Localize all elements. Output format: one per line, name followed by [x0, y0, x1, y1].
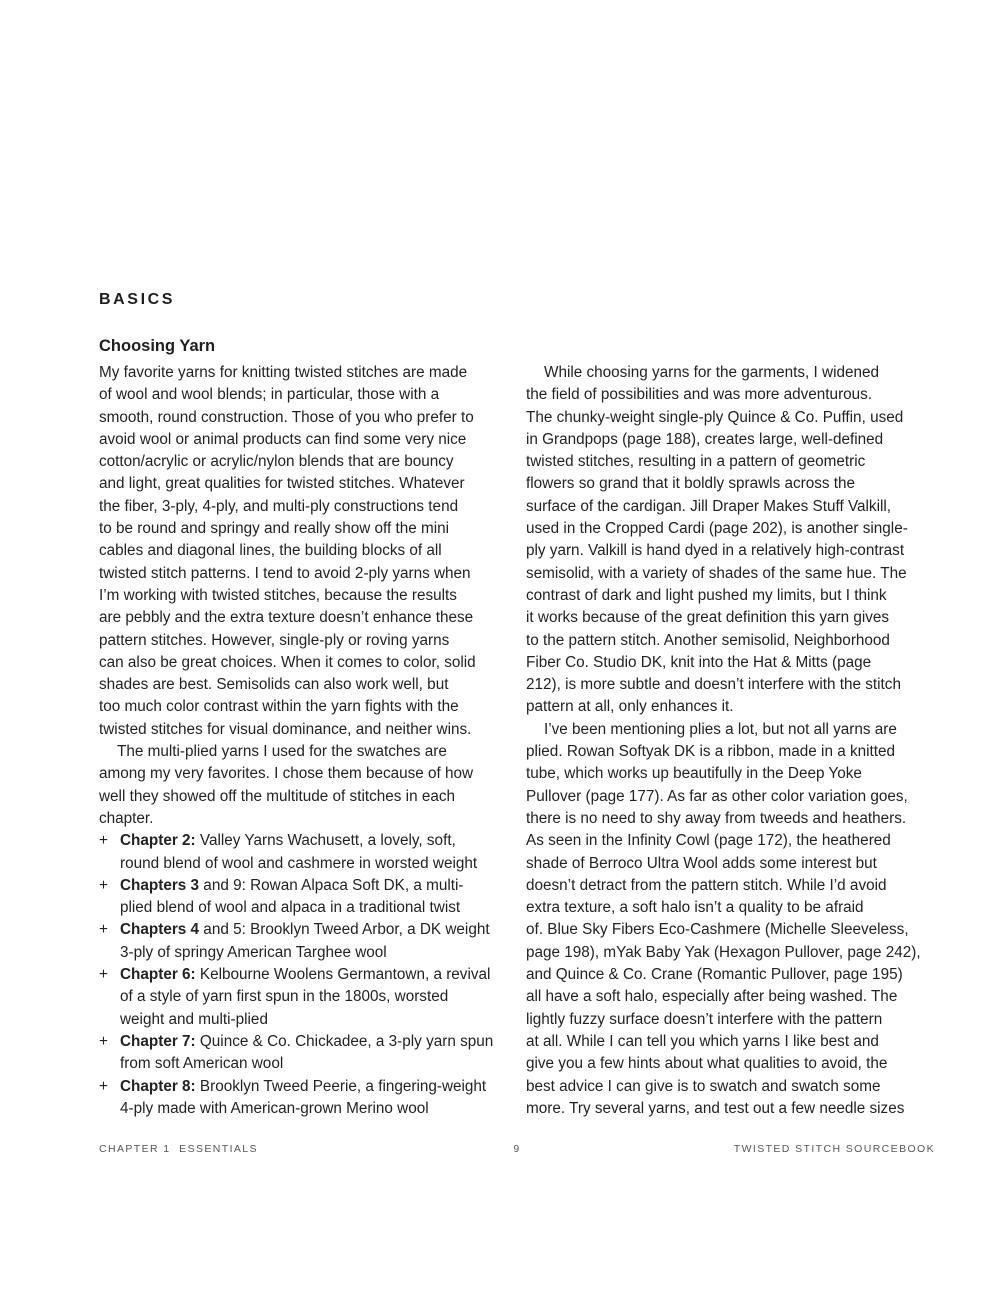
text-line: Fiber Co. Studio DK, knit into the Hat &… — [526, 652, 935, 674]
text-line: flowers so grand that it boldly sprawls … — [526, 473, 935, 495]
text-line: Chapter 6: Kelbourne Woolens Germantown,… — [120, 964, 490, 986]
list-item: +Chapters 4 and 5: Brooklyn Tweed Arbor,… — [99, 919, 508, 964]
text-line: of. Blue Sky Fibers Eco-Cashmere (Michel… — [526, 919, 935, 941]
footer-page-number: 9 — [378, 1143, 657, 1155]
text-line: 4-ply made with American-grown Merino wo… — [120, 1098, 486, 1120]
list-item: +Chapters 3 and 9: Rowan Alpaca Soft DK,… — [99, 875, 508, 920]
bold-text: Chapter 2: — [120, 832, 196, 849]
text-line: can also be great choices. When it comes… — [99, 652, 508, 674]
text-line: it works because of the great definition… — [526, 607, 935, 629]
regular-text: plied blend of wool and alpaca in a trad… — [120, 899, 460, 916]
bullet-text: Chapter 8: Brooklyn Tweed Peerie, a fing… — [120, 1076, 486, 1121]
text-line: While choosing yarns for the garments, I… — [526, 362, 935, 384]
text-line: of wool and wool blends; in particular, … — [99, 384, 508, 406]
footer-book-title: TWISTED STITCH SOURCEBOOK — [656, 1143, 935, 1155]
book-page: BASICS Choosing Yarn My favorite yarns f… — [0, 0, 997, 1290]
regular-text: 4-ply made with American-grown Merino wo… — [120, 1100, 429, 1117]
bullet-marker: + — [99, 1076, 120, 1121]
right-column: While choosing yarns for the garments, I… — [526, 362, 935, 1120]
bullet-text: Chapters 4 and 5: Brooklyn Tweed Arbor, … — [120, 919, 490, 964]
text-line: pattern stitches. However, single-ply or… — [99, 630, 508, 652]
text-line: twisted stitch patterns. I tend to avoid… — [99, 563, 508, 585]
bullet-text: Chapter 6: Kelbourne Woolens Germantown,… — [120, 964, 490, 1031]
text-line: used in the Cropped Cardi (page 202), is… — [526, 518, 935, 540]
subsection-heading: Choosing Yarn — [99, 337, 935, 356]
regular-text: from soft American wool — [120, 1055, 283, 1072]
text-line: Chapters 3 and 9: Rowan Alpaca Soft DK, … — [120, 875, 464, 897]
text-line: to be round and springy and really show … — [99, 518, 508, 540]
regular-text: and 9: Rowan Alpaca Soft DK, a multi- — [199, 877, 463, 894]
regular-text: and 5: Brooklyn Tweed Arbor, a DK weight — [199, 921, 490, 938]
text-line: and Quince & Co. Crane (Romantic Pullove… — [526, 964, 935, 986]
text-line: cotton/acrylic or acrylic/nylon blends t… — [99, 451, 508, 473]
text-line: more. Try several yarns, and test out a … — [526, 1098, 935, 1120]
bullet-text: Chapter 7: Quince & Co. Chickadee, a 3-p… — [120, 1031, 493, 1076]
text-line: Chapters 4 and 5: Brooklyn Tweed Arbor, … — [120, 919, 490, 941]
text-line: among my very favorites. I chose them be… — [99, 763, 508, 785]
text-line: ply yarn. Valkill is hand dyed in a rela… — [526, 540, 935, 562]
list-item: +Chapter 8: Brooklyn Tweed Peerie, a fin… — [99, 1076, 508, 1121]
regular-text: round blend of wool and cashmere in wors… — [120, 855, 477, 872]
text-line: contrast of dark and light pushed my lim… — [526, 585, 935, 607]
text-line: all have a soft halo, especially after b… — [526, 986, 935, 1008]
text-line: I’m working with twisted stitches, becau… — [99, 585, 508, 607]
text-line: of a style of yarn first spun in the 180… — [120, 986, 490, 1008]
text-line: Chapter 8: Brooklyn Tweed Peerie, a fing… — [120, 1076, 486, 1098]
text-line: round blend of wool and cashmere in wors… — [120, 853, 477, 875]
two-column-layout: My favorite yarns for knitting twisted s… — [99, 362, 935, 1120]
text-line: Chapter 7: Quince & Co. Chickadee, a 3-p… — [120, 1031, 493, 1053]
regular-text: of a style of yarn first spun in the 180… — [120, 988, 448, 1005]
text-line: As seen in the Infinity Cowl (page 172),… — [526, 830, 935, 852]
text-line: Chapter 2: Valley Yarns Wachusett, a lov… — [120, 830, 477, 852]
bullet-text: Chapters 3 and 9: Rowan Alpaca Soft DK, … — [120, 875, 464, 920]
text-line: in Grandpops (page 188), creates large, … — [526, 429, 935, 451]
regular-text: Quince & Co. Chickadee, a 3-ply yarn spu… — [196, 1033, 494, 1050]
text-line: are pebbly and the extra texture doesn’t… — [99, 607, 508, 629]
bold-text: Chapter 6: — [120, 966, 196, 983]
bold-text: Chapter 8: — [120, 1078, 196, 1095]
paragraph: While choosing yarns for the garments, I… — [526, 362, 935, 719]
text-line: pattern at all, only enhances it. — [526, 696, 935, 718]
text-line: The multi-plied yarns I used for the swa… — [99, 741, 508, 763]
text-line: the fiber, 3-ply, 4-ply, and multi-ply c… — [99, 496, 508, 518]
list-item: +Chapter 2: Valley Yarns Wachusett, a lo… — [99, 830, 508, 875]
page-content: BASICS Choosing Yarn My favorite yarns f… — [99, 291, 935, 1120]
bullet-marker: + — [99, 1031, 120, 1076]
text-line: weight and multi-plied — [120, 1009, 490, 1031]
regular-text: Brooklyn Tweed Peerie, a fingering-weigh… — [196, 1078, 487, 1095]
bold-text: Chapters 4 — [120, 921, 199, 938]
text-line: well they showed off the multitude of st… — [99, 786, 508, 808]
text-line: The chunky-weight single-ply Quince & Co… — [526, 407, 935, 429]
text-line: best advice I can give is to swatch and … — [526, 1076, 935, 1098]
paragraph: My favorite yarns for knitting twisted s… — [99, 362, 508, 741]
footer-chapter-label: CHAPTER 1 ESSENTIALS — [99, 1143, 378, 1155]
text-line: the field of possibilities and was more … — [526, 384, 935, 406]
bullet-text: Chapter 2: Valley Yarns Wachusett, a lov… — [120, 830, 477, 875]
text-line: too much color contrast within the yarn … — [99, 696, 508, 718]
text-line: surface of the cardigan. Jill Draper Mak… — [526, 496, 935, 518]
text-line: 3-ply of springy American Targhee wool — [120, 942, 490, 964]
bold-text: Chapters 3 — [120, 877, 199, 894]
text-line: plied blend of wool and alpaca in a trad… — [120, 897, 464, 919]
bullet-marker: + — [99, 919, 120, 964]
text-line: and light, great qualities for twisted s… — [99, 473, 508, 495]
text-line: at all. While I can tell you which yarns… — [526, 1031, 935, 1053]
text-line: twisted stitches, resulting in a pattern… — [526, 451, 935, 473]
paragraph: The multi-plied yarns I used for the swa… — [99, 741, 508, 830]
text-line: from soft American wool — [120, 1053, 493, 1075]
text-line: there is no need to shy away from tweeds… — [526, 808, 935, 830]
text-line: shade of Berroco Ultra Wool adds some in… — [526, 853, 935, 875]
text-line: chapter. — [99, 808, 508, 830]
text-line: plied. Rowan Softyak DK is a ribbon, mad… — [526, 741, 935, 763]
section-heading: BASICS — [99, 291, 935, 309]
text-line: 212), is more subtle and doesn’t interfe… — [526, 674, 935, 696]
text-line: shades are best. Semisolids can also wor… — [99, 674, 508, 696]
text-line: doesn’t detract from the pattern stitch.… — [526, 875, 935, 897]
text-line: Pullover (page 177). As far as other col… — [526, 786, 935, 808]
regular-text: 3-ply of springy American Targhee wool — [120, 944, 387, 961]
regular-text: Kelbourne Woolens Germantown, a revival — [196, 966, 491, 983]
regular-text: Valley Yarns Wachusett, a lovely, soft, — [196, 832, 456, 849]
bullet-marker: + — [99, 830, 120, 875]
text-line: lightly fuzzy surface doesn’t interfere … — [526, 1009, 935, 1031]
page-footer: CHAPTER 1 ESSENTIALS 9 TWISTED STITCH SO… — [99, 1143, 935, 1155]
text-line: page 198), mYak Baby Yak (Hexagon Pullov… — [526, 942, 935, 964]
text-line: extra texture, a soft halo isn’t a quali… — [526, 897, 935, 919]
list-item: +Chapter 6: Kelbourne Woolens Germantown… — [99, 964, 508, 1031]
text-line: cables and diagonal lines, the building … — [99, 540, 508, 562]
left-column: My favorite yarns for knitting twisted s… — [99, 362, 508, 1120]
text-line: avoid wool or animal products can find s… — [99, 429, 508, 451]
text-line: I’ve been mentioning plies a lot, but no… — [526, 719, 935, 741]
regular-text: weight and multi-plied — [120, 1011, 268, 1028]
text-line: twisted stitches for visual dominance, a… — [99, 719, 508, 741]
text-line: give you a few hints about what qualitie… — [526, 1053, 935, 1075]
bullet-marker: + — [99, 964, 120, 1031]
text-line: smooth, round construction. Those of you… — [99, 407, 508, 429]
text-line: semisolid, with a variety of shades of t… — [526, 563, 935, 585]
paragraph: I’ve been mentioning plies a lot, but no… — [526, 719, 935, 1120]
text-line: My favorite yarns for knitting twisted s… — [99, 362, 508, 384]
bold-text: Chapter 7: — [120, 1033, 196, 1050]
text-line: to the pattern stitch. Another semisolid… — [526, 630, 935, 652]
bullet-marker: + — [99, 875, 120, 920]
text-line: tube, which works up beautifully in the … — [526, 763, 935, 785]
list-item: +Chapter 7: Quince & Co. Chickadee, a 3-… — [99, 1031, 508, 1076]
